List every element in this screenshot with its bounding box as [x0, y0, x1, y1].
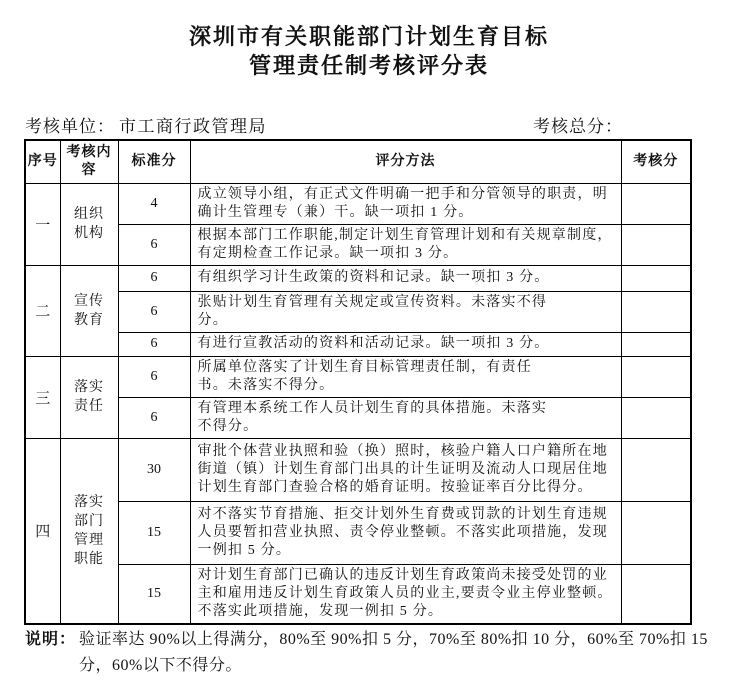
document-title: 深圳市有关职能部门计划生育目标 管理责任制考核评分表 [0, 22, 738, 80]
assessment-unit: 考核单位：市工商行政管理局 [25, 112, 267, 137]
table-row: 一 组织机构 4 成立领导小组，有正式文件明确一把手和分管领导的职责，明 确计生… [25, 183, 691, 224]
table-row: 15 对计划生育部门已确认的违反计划生育政策尚未接受处罚的业 主和雇用违反计划生… [25, 564, 691, 624]
assessed-score-cell [621, 332, 691, 356]
section-number-cell: 一 [25, 183, 60, 265]
scoring-method-cell: 成立领导小组，有正式文件明确一把手和分管领导的职责，明 确计生管理专（兼）干。缺… [190, 183, 621, 224]
document-title-line2: 管理责任制考核评分表 [0, 51, 738, 80]
header-assessment-content: 考核内容 [60, 140, 118, 183]
scoring-method-cell: 对计划生育部门已确认的违反计划生育政策尚未接受处罚的业 主和雇用违反计划生育政策… [190, 564, 621, 624]
table-row: 二 宣传教育 6 有组织学习计生政策的资料和记录。缺一项扣 3 分。 [25, 265, 691, 291]
table-row: 6 有管理本系统工作人员计划生育的具体措施。未落实 不得分。 [25, 397, 691, 438]
scoring-method-cell: 有组织学习计生政策的资料和记录。缺一项扣 3 分。 [190, 265, 621, 291]
category-cell: 宣传教育 [60, 265, 118, 356]
assessed-score-cell [621, 397, 691, 438]
scoring-method-cell: 有进行宣教活动的资料和活动记录。缺一项扣 3 分。 [190, 332, 621, 356]
category-cell: 落实部门管理职能 [60, 438, 118, 624]
standard-score-cell: 6 [118, 397, 190, 438]
section-number-cell: 二 [25, 265, 60, 356]
header-assessed-score: 考核分 [621, 140, 691, 183]
standard-score-cell: 6 [118, 291, 190, 332]
document-title-line1: 深圳市有关职能部门计划生育目标 [0, 22, 738, 51]
table-row: 6 张贴计划生育管理有关规定或宣传资料。未落实不得 分。 [25, 291, 691, 332]
standard-score-cell: 6 [118, 332, 190, 356]
assessed-score-cell [621, 564, 691, 624]
scoring-method-cell: 根据本部门工作职能,制定计划生育管理计划和有关规章制度， 有定期检查工作记录。缺… [190, 224, 621, 265]
assessment-unit-value: 市工商行政管理局 [119, 117, 267, 136]
header-standard-score: 标准分 [118, 140, 190, 183]
header-serial-no: 序号 [25, 140, 60, 183]
category-cell: 落实责任 [60, 356, 118, 438]
table-row: 四 落实部门管理职能 30 审批个体营业执照和验（换）照时，核验户籍人口户籍所在… [25, 438, 691, 501]
assessed-score-cell [621, 183, 691, 224]
category-cell: 组织机构 [60, 183, 118, 265]
table-header-row: 序号 考核内容 标准分 评分方法 考核分 [25, 140, 691, 183]
assessed-score-cell [621, 356, 691, 397]
assessed-score-cell [621, 501, 691, 564]
scoring-method-cell: 张贴计划生育管理有关规定或宣传资料。未落实不得 分。 [190, 291, 621, 332]
scoring-method-cell: 对不落实节育措施、拒交计划外生育费或罚款的计划生育违规 人员要暂扣营业执照、责令… [190, 501, 621, 564]
explanation-note: 说明： 验证率达 90%以上得满分，80%至 90%扣 5 分，70%至 80%… [25, 627, 725, 679]
note-text: 验证率达 90%以上得满分，80%至 90%扣 5 分，70%至 80%扣 10… [79, 627, 708, 679]
document-page: 深圳市有关职能部门计划生育目标 管理责任制考核评分表 考核单位：市工商行政管理局… [0, 0, 738, 693]
standard-score-cell: 15 [118, 501, 190, 564]
standard-score-cell: 6 [118, 265, 190, 291]
standard-score-cell: 15 [118, 564, 190, 624]
assessment-unit-label: 考核单位： [25, 117, 115, 136]
meta-row: 考核单位：市工商行政管理局 考核总分： [0, 112, 738, 134]
assessed-score-cell [621, 291, 691, 332]
table-row: 6 有进行宣教活动的资料和活动记录。缺一项扣 3 分。 [25, 332, 691, 356]
scoring-method-cell: 所属单位落实了计划生育目标管理责任制，有责任 书。未落实不得分。 [190, 356, 621, 397]
section-number-cell: 三 [25, 356, 60, 438]
assessed-score-cell [621, 265, 691, 291]
table-row: 15 对不落实节育措施、拒交计划外生育费或罚款的计划生育违规 人员要暂扣营业执照… [25, 501, 691, 564]
table-row: 6 根据本部门工作职能,制定计划生育管理计划和有关规章制度， 有定期检查工作记录… [25, 224, 691, 265]
scoring-method-cell: 有管理本系统工作人员计划生育的具体措施。未落实 不得分。 [190, 397, 621, 438]
total-score-label: 考核总分： [533, 117, 623, 136]
standard-score-cell: 6 [118, 356, 190, 397]
total-score: 考核总分： [533, 112, 623, 137]
note-label: 说明： [25, 627, 76, 679]
table-row: 三 落实责任 6 所属单位落实了计划生育目标管理责任制，有责任 书。未落实不得分… [25, 356, 691, 397]
assessment-score-table: 序号 考核内容 标准分 评分方法 考核分 一 组织机构 4 成立领导小组，有正式… [24, 139, 692, 625]
scoring-method-cell: 审批个体营业执照和验（换）照时，核验户籍人口户籍所在地 街道（镇）计划生育部门出… [190, 438, 621, 501]
standard-score-cell: 6 [118, 224, 190, 265]
standard-score-cell: 30 [118, 438, 190, 501]
section-number-cell: 四 [25, 438, 60, 624]
standard-score-cell: 4 [118, 183, 190, 224]
assessed-score-cell [621, 224, 691, 265]
assessed-score-cell [621, 438, 691, 501]
header-scoring-method: 评分方法 [190, 140, 621, 183]
